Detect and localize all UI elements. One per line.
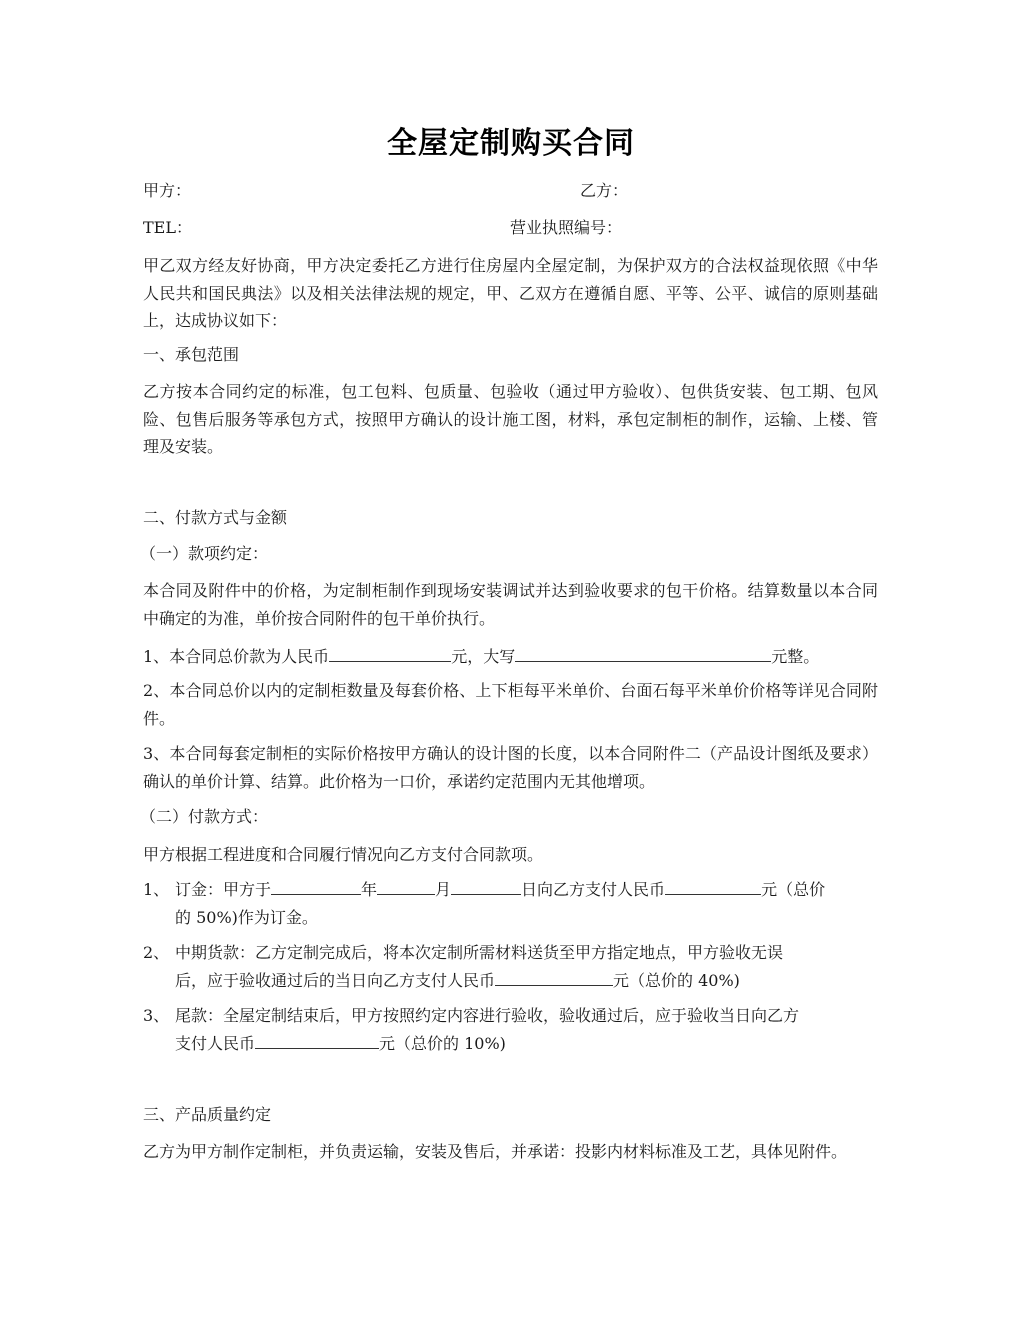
midterm-text-c: 元（总价的 40%) <box>613 971 740 990</box>
deposit-text-e: 元（总价 <box>761 880 825 899</box>
final-text-b: 支付人民币 <box>175 1034 255 1053</box>
price-item-1-text-c: 元整。 <box>771 647 819 666</box>
intro-paragraph: 甲乙双方经友好协商，甲方决定委托乙方进行住房屋内全屋定制，为保护双方的合法权益现… <box>143 252 878 335</box>
tel-label: TEL： <box>143 214 192 241</box>
final-text-c: 元（总价的 10%) <box>379 1034 506 1053</box>
payment-item-1-number: 1、 <box>143 876 169 904</box>
party-a-label: 甲方： <box>143 177 191 204</box>
section2-sub2-body: 甲方根据工程进度和合同履行情况向乙方支付合同款项。 <box>143 841 543 868</box>
price-item-1-text-a: 1、本合同总价款为人民币 <box>143 647 329 666</box>
final-text-a: 尾款：全屋定制结束后，甲方按照约定内容进行验收，验收通过后，应于验收当日向乙方 <box>175 1006 799 1025</box>
deposit-text-a: 订金：甲方于 <box>175 880 271 899</box>
section2-sub2-heading: （二）付款方式： <box>140 803 268 830</box>
payment-item-midterm: 2、 中期货款：乙方定制完成后，将本次定制所需材料送货至甲方指定地点，甲方验收无… <box>143 939 878 994</box>
deposit-day-blank[interactable] <box>451 876 521 895</box>
price-item-2: 2、本合同总价以内的定制柜数量及每套价格、上下柜每平米单价、台面石每平米单价价格… <box>143 677 878 732</box>
payment-item-deposit: 1、 订金：甲方于年月日向乙方支付人民币元（总价 的 50%)作为订金。 <box>143 876 878 931</box>
midterm-text-a: 中期货款：乙方定制完成后，将本次定制所需材料送货至甲方指定地点，甲方验收无误 <box>175 943 783 962</box>
license-label: 营业执照编号： <box>510 214 622 241</box>
deposit-month-blank[interactable] <box>377 876 435 895</box>
section1-body: 乙方按本合同约定的标准，包工包料、包质量、包验收（通过甲方验收）、包供货安装、包… <box>143 378 878 461</box>
section2-sub1-body: 本合同及附件中的价格，为定制柜制作到现场安装调试并达到验收要求的包干价格。结算数… <box>143 577 878 632</box>
deposit-year-blank[interactable] <box>271 876 361 895</box>
price-item-1: 1、本合同总价款为人民币元，大写元整。 <box>143 643 819 670</box>
deposit-text-f: 的 50%)作为订金。 <box>175 908 318 927</box>
contract-page: 全屋定制购买合同 甲方： 乙方： TEL： 营业执照编号： 甲乙双方经友好协商，… <box>0 0 1022 1338</box>
section3-heading: 三、产品质量约定 <box>143 1101 271 1128</box>
midterm-text-b: 后，应于验收通过后的当日向乙方支付人民币 <box>175 971 495 990</box>
deposit-text-d: 日向乙方支付人民币 <box>521 880 665 899</box>
section1-heading: 一、承包范围 <box>143 341 239 368</box>
total-price-words-blank[interactable] <box>515 643 771 662</box>
section2-heading: 二、付款方式与金额 <box>143 504 287 531</box>
total-price-blank[interactable] <box>329 643 451 662</box>
party-b-label: 乙方： <box>580 177 628 204</box>
payment-item-final: 3、 尾款：全屋定制结束后，甲方按照约定内容进行验收，验收通过后，应于验收当日向… <box>143 1002 878 1057</box>
final-amount-blank[interactable] <box>255 1030 379 1049</box>
document-title: 全屋定制购买合同 <box>0 118 1022 162</box>
price-item-3: 3、本合同每套定制柜的实际价格按甲方确认的设计图的长度，以本合同附件二（产品设计… <box>143 740 878 795</box>
payment-item-2-number: 2、 <box>143 939 169 967</box>
payment-item-3-number: 3、 <box>143 1002 169 1030</box>
price-item-1-text-b: 元，大写 <box>451 647 515 666</box>
section3-body: 乙方为甲方制作定制柜，并负责运输，安装及售后，并承诺：投影内材料标准及工艺，具体… <box>143 1138 878 1166</box>
deposit-amount-blank[interactable] <box>665 876 761 895</box>
section2-sub1-heading: （一）款项约定： <box>140 540 268 567</box>
deposit-text-c: 月 <box>435 880 451 899</box>
midterm-amount-blank[interactable] <box>495 967 613 986</box>
deposit-text-b: 年 <box>361 880 377 899</box>
